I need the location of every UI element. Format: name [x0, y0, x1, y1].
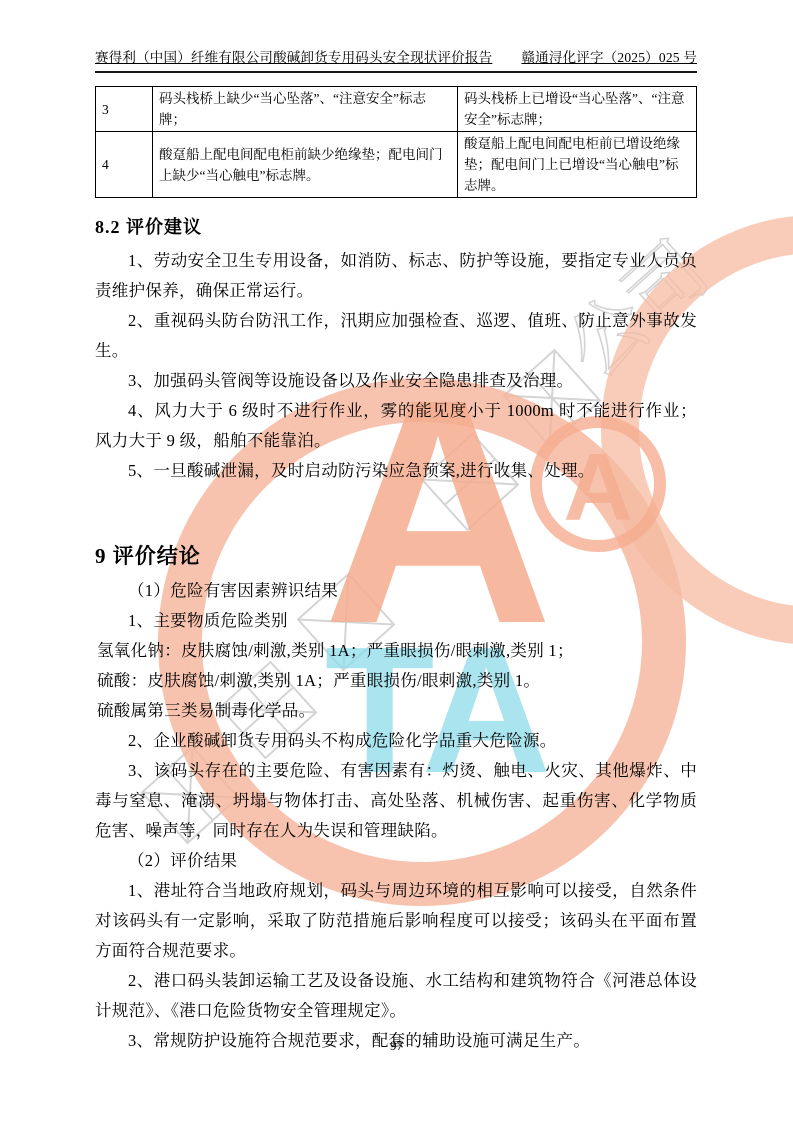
row-number-cell: 4: [96, 132, 153, 198]
page-content: 赛得利（中国）纤维有限公司酸碱卸货专用码头安全现状评价报告 赣通浔化评字（202…: [95, 46, 697, 1056]
header-doc-number: 赣通浔化评字（2025）025 号: [521, 46, 697, 66]
section-9-para-3: 氢氧化钠：皮肤腐蚀/刺激,类别 1A；严重眼损伤/眼刺激,类别 1；: [95, 636, 697, 666]
section-9-para-1: （1）危险有害因素辨识结果: [95, 576, 697, 606]
row-number-cell: 3: [96, 87, 153, 132]
section-8-2-item-2: 2、重视码头防台防汛工作，汛期应加强检查、巡逻、值班、防止意外事故发生。: [95, 306, 697, 366]
table-row: 3 码头栈桥上缺少“当心坠落”、“注意安全”标志牌； 码头栈桥上已增设“当心坠落…: [96, 87, 697, 132]
rectification-cell: 码头栈桥上已增设“当心坠落”、“注意安全”标志牌；: [458, 87, 697, 132]
section-9-para-9: 1、港址符合当地政府规划，码头与周边环境的相互影响可以接受，自然条件对该码头有一…: [95, 876, 697, 966]
header-report-title: 赛得利（中国）纤维有限公司酸碱卸货专用码头安全现状评价报告: [95, 46, 492, 66]
section-9-para-5: 硫酸属第三类易制毒化学品。: [95, 696, 697, 726]
section-8-2-item-3: 3、加强码头管阀等设施设备以及作业安全隐患排查及治理。: [95, 366, 697, 396]
document-page: 公司 A A TA 赛得利（中国）纤维有限公司酸碱卸货专用码头安全现状评价报告 …: [0, 0, 793, 1122]
problem-cell: 酸趸船上配电间配电柜前缺少绝缘垫；配电间门上缺少“当心触电”标志牌。: [153, 132, 458, 198]
section-8-2-heading: 8.2 评价建议: [95, 213, 697, 239]
problem-cell: 码头栈桥上缺少“当心坠落”、“注意安全”标志牌；: [153, 87, 458, 132]
page-header: 赛得利（中国）纤维有限公司酸碱卸货专用码头安全现状评价报告 赣通浔化评字（202…: [95, 46, 697, 73]
section-9-para-7: 3、该码头存在的主要危险、有害因素有：灼烫、触电、火灾、其他爆炸、中毒与窒息、淹…: [95, 756, 697, 846]
page-number: 97: [0, 1038, 793, 1054]
table-row: 4 酸趸船上配电间配电柜前缺少绝缘垫；配电间门上缺少“当心触电”标志牌。 酸趸船…: [96, 132, 697, 198]
section-9-para-6: 2、企业酸碱卸货专用码头不构成危险化学品重大危险源。: [95, 726, 697, 756]
section-9-para-10: 2、港口码头装卸运输工艺及设备设施、水工结构和建筑物符合《河港总体设计规范》、《…: [95, 966, 697, 1026]
section-8-2-item-4: 4、风力大于 6 级时不进行作业，雾的能见度小于 1000m 时不能进行作业；风…: [95, 396, 697, 456]
section-9-para-4: 硫酸：皮肤腐蚀/刺激,类别 1A；严重眼损伤/眼刺激,类别 1。: [95, 666, 697, 696]
section-9-para-2: 1、主要物质危险类别: [95, 606, 697, 636]
section-9-para-8: （2）评价结果: [95, 846, 697, 876]
section-8-2-item-1: 1、劳动安全卫生专用设备，如消防、标志、防护等设施，要指定专业人员负责维护保养，…: [95, 246, 697, 306]
section-8-2-item-5: 5、一旦酸碱泄漏，及时启动防污染应急预案,进行收集、处理。: [95, 456, 697, 486]
issues-table: 3 码头栈桥上缺少“当心坠落”、“注意安全”标志牌； 码头栈桥上已增设“当心坠落…: [95, 86, 697, 198]
rectification-cell: 酸趸船上配电间配电柜前已增设绝缘垫；配电间门上已增设“当心触电”标志牌。: [458, 132, 697, 198]
section-9-heading: 9 评价结论: [95, 540, 697, 570]
